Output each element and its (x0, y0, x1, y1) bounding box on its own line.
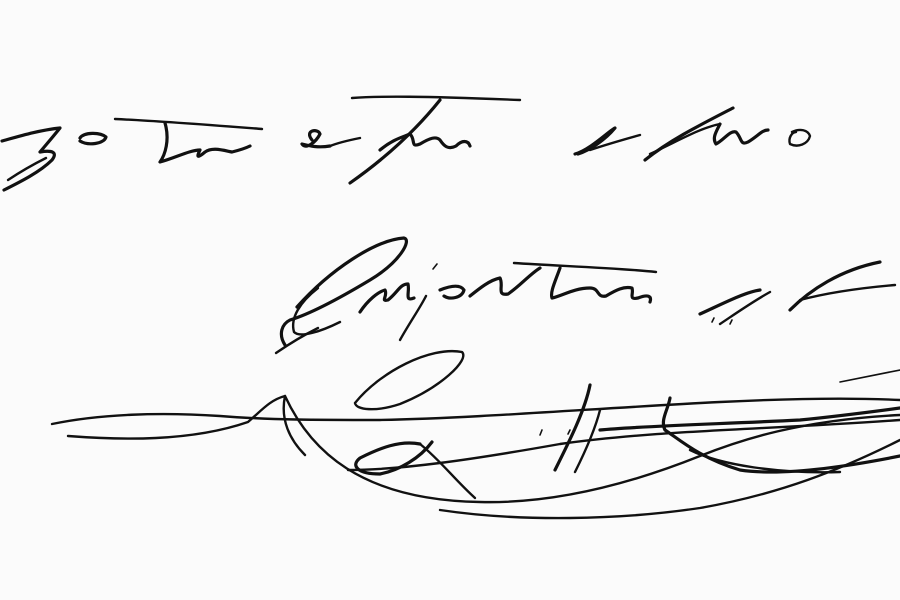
scanned-letter-page: …zo tu afmo esposo Crisóstomo A… (0, 0, 900, 600)
signature-rubric-flourish (52, 351, 900, 518)
handwriting-ink (0, 0, 900, 600)
signature-handwriting (276, 238, 895, 353)
closing-line-handwriting (2, 97, 810, 190)
